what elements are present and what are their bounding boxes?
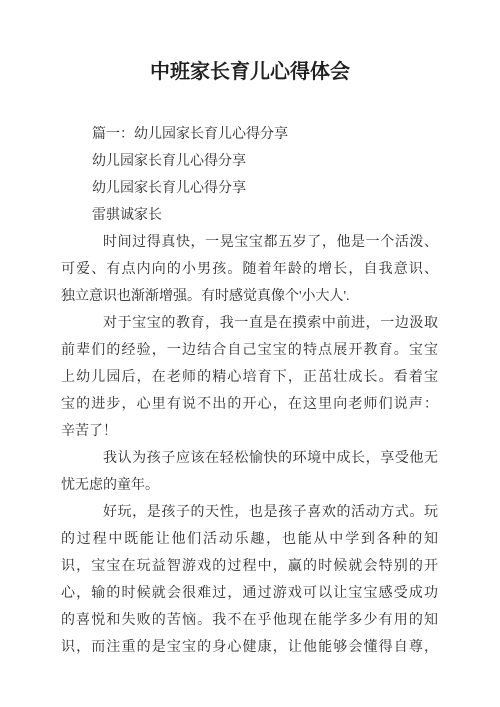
text-line: 独立意识也渐渐增强。有时感觉真像个'小大人'.: [61, 283, 438, 310]
text-line: 忧无虑的童年。: [61, 472, 438, 499]
text-line: 我认为孩子应该在轻松愉快的环境中成长，享受他无: [61, 445, 438, 472]
text-line: 幼儿园家长育儿心得分享: [61, 175, 438, 202]
text-line: 识，而注重的是宝宝的身心健康，让他能够会懂得自尊，: [61, 634, 438, 661]
document-body: 篇一：幼儿园家长育儿心得分享幼儿园家长育儿心得分享幼儿园家长育儿心得分享雷骐诚家…: [61, 121, 438, 661]
text-line: 识，宝宝在玩益智游戏的过程中，赢的时候就会特别的开: [61, 553, 438, 580]
text-line: 对于宝宝的教育，我一直是在摸索中前进，一边汲取: [61, 310, 438, 337]
text-line: 的喜悦和失败的苦恼。我不在乎他现在能学多少有用的知: [61, 607, 438, 634]
text-line: 宝的进步，心里有说不出的开心，在这里向老师们说声：: [61, 391, 438, 418]
text-line: 雷骐诚家长: [61, 202, 438, 229]
text-line: 心，输的时候就会很难过，通过游戏可以让宝宝感受成功: [61, 580, 438, 607]
text-line: 辛苦了！: [61, 418, 438, 445]
text-line: 可爱、有点内向的小男孩。随着年龄的增长，自我意识、: [61, 256, 438, 283]
document-title: 中班家长育儿心得体会: [0, 0, 500, 85]
text-line: 篇一：幼儿园家长育儿心得分享: [61, 121, 438, 148]
document-page: 中班家长育儿心得体会 篇一：幼儿园家长育儿心得分享幼儿园家长育儿心得分享幼儿园家…: [0, 0, 500, 707]
text-line: 时间过得真快，一晃宝宝都五岁了，他是一个活泼、: [61, 229, 438, 256]
text-line: 的过程中既能让他们活动乐趣，也能从中学到各种的知: [61, 526, 438, 553]
text-line: 好玩，是孩子的天性，也是孩子喜欢的活动方式。玩: [61, 499, 438, 526]
text-line: 前辈们的经验，一边结合自己宝宝的特点展开教育。宝宝: [61, 337, 438, 364]
text-line: 幼儿园家长育儿心得分享: [61, 148, 438, 175]
text-line: 上幼儿园后，在老师的精心培育下，正茁壮成长。看着宝: [61, 364, 438, 391]
